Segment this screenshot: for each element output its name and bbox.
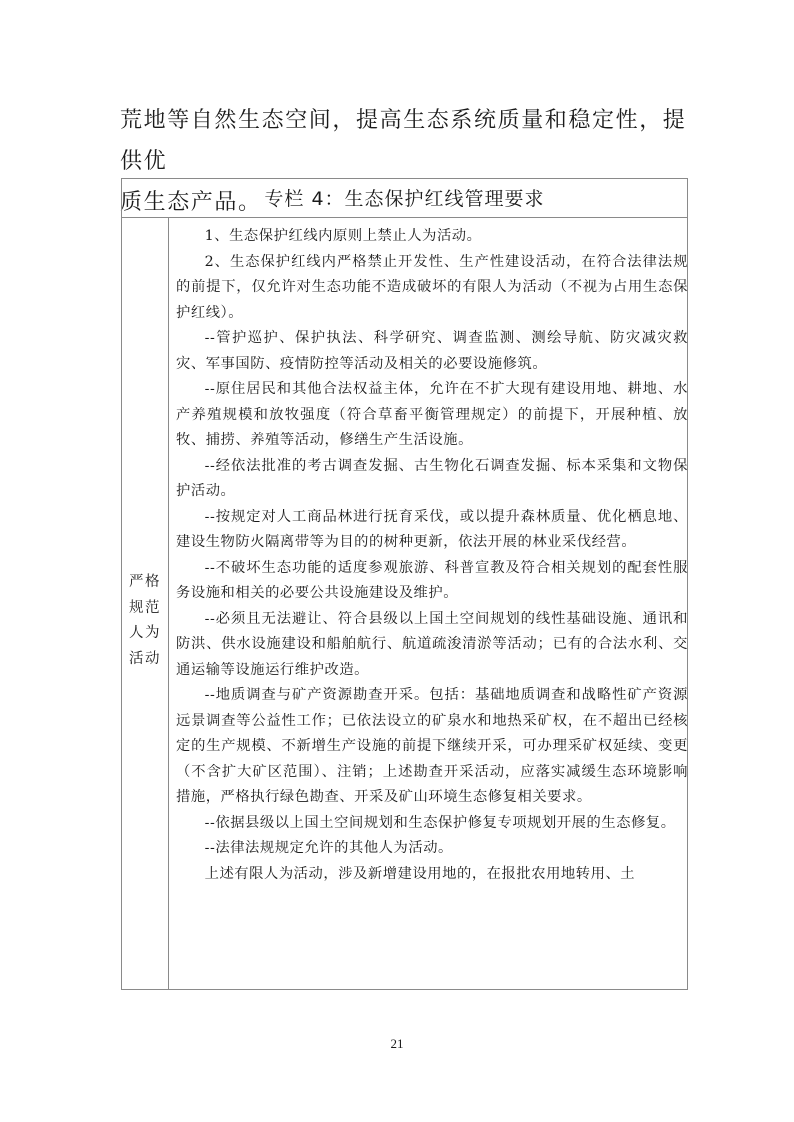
row-label-part: 人为: [122, 621, 168, 647]
requirement-paragraph: --法律法规规定允许的其他人为活动。: [176, 836, 688, 862]
requirement-paragraph: 上述有限人为活动，涉及新增建设用地的，在报批农用地转用、土: [176, 862, 688, 888]
requirement-paragraph: 1、生态保护红线内原则上禁止人为活动。: [176, 224, 688, 250]
requirement-paragraph: --经依法批准的考古调查发掘、古生物化石调查发掘、标本采集和文物保护活动。: [176, 454, 688, 505]
requirement-paragraph: 2、生态保护红线内严格禁止开发性、生产性建设活动，在符合法律法规的前提下，仅允许…: [176, 250, 688, 327]
box-title: 专栏 4：生态保护红线管理要求: [122, 179, 687, 218]
requirement-paragraph: --依据县级以上国土空间规划和生态保护修复专项规划开展的生态修复。: [176, 811, 688, 837]
requirement-paragraph: --按规定对人工商品林进行抚育采伐，或以提升森林质量、优化栖息地、建设生物防火隔…: [176, 505, 688, 556]
requirements-content: 1、生态保护红线内原则上禁止人为活动。 2、生态保护红线内严格禁止开发性、生产性…: [176, 224, 688, 887]
requirement-paragraph: --管护巡护、保护执法、科学研究、调查监测、测绘导航、防灾减灾救灾、军事国防、疫…: [176, 326, 688, 377]
page-number: 21: [0, 1036, 794, 1052]
requirement-paragraph: --必须且无法避让、符合县级以上国土空间规划的线性基础设施、通讯和防洪、供水设施…: [176, 607, 688, 684]
row-label-part: 活动: [122, 647, 168, 673]
row-label-cell: 严格 规范 人为 活动: [122, 218, 169, 989]
column-box-ecological-redline: 专栏 4：生态保护红线管理要求 严格 规范 人为 活动 1、生态保护红线内原则上…: [121, 178, 688, 990]
row-label-part: 规范: [122, 596, 168, 622]
intro-line: 荒地等自然生态空间，提高生态系统质量和稳定性，提供优: [120, 100, 690, 182]
requirement-paragraph: --不破坏生态功能的适度参观旅游、科普宣教及符合相关规划的配套性服务设施和相关的…: [176, 556, 688, 607]
requirement-paragraph: --原住居民和其他合法权益主体，允许在不扩大现有建设用地、耕地、水产养殖规模和放…: [176, 377, 688, 454]
row-label: 严格 规范 人为 活动: [122, 570, 168, 672]
requirement-paragraph: --地质调查与矿产资源勘查开采。包括：基础地质调查和战略性矿产资源远景调查等公益…: [176, 683, 688, 811]
row-label-part: 严格: [122, 570, 168, 596]
